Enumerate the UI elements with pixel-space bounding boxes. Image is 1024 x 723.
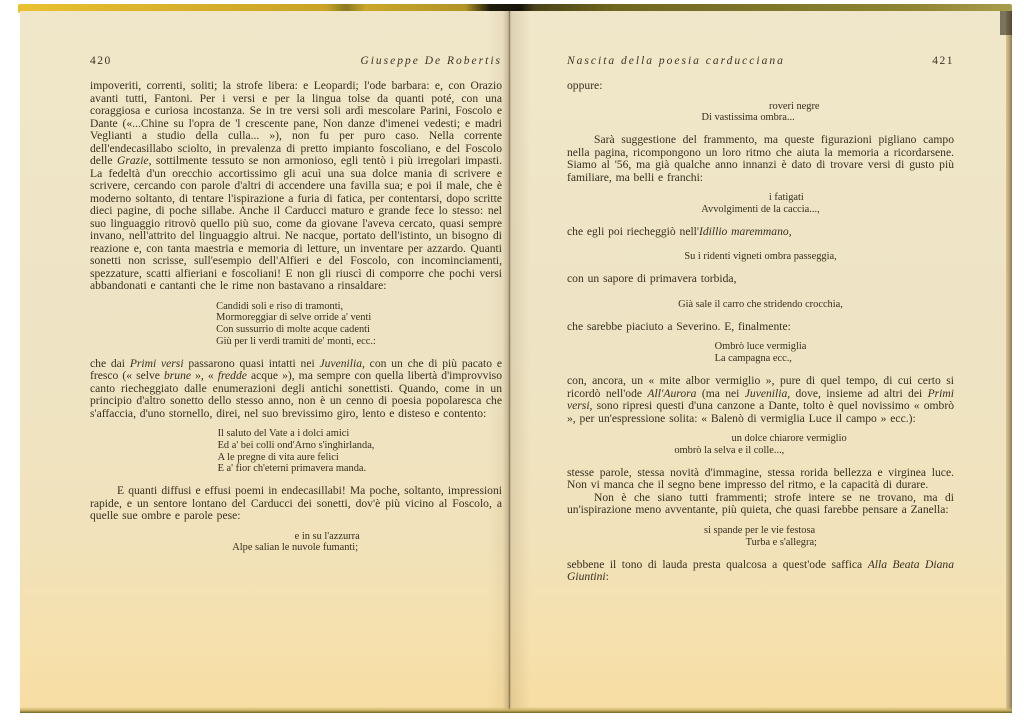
body-text: che egli poi riecheggiò nell' xyxy=(567,225,699,238)
verse-line: Alpe salian le nuvole fumanti; xyxy=(232,542,359,554)
italic-text: Juvenilia xyxy=(320,357,363,370)
verse-quote: Già sale il carro che stridendo crocchia… xyxy=(567,294,954,312)
body-text: Non è che siano tutti frammenti; strofe … xyxy=(567,491,954,517)
body-text: , dove, insieme ad altri dei xyxy=(787,387,927,400)
body-text: E quanti diffusi e effusi poemi in endec… xyxy=(90,484,502,522)
page-edge-right xyxy=(1006,11,1012,713)
paragraph: con un sapore di primavera torbida, xyxy=(567,273,954,286)
right-page: Nascita della poesia carducciana 421 opp… xyxy=(567,11,954,713)
verse-lines: Il saluto del Vate a i dolci amiciEd a' … xyxy=(218,428,375,475)
verse-quote: Su i ridenti vigneti ombra passeggia, xyxy=(567,246,954,264)
body-text: sebbene il tono di lauda presta qualcosa… xyxy=(567,558,868,571)
verse-line: Mormoreggiar di selve orride a' venti xyxy=(216,312,376,324)
verse-quote: i fatigatiAvvolgimenti de la caccia..., xyxy=(567,192,954,217)
right-page-body: oppure:roveri negreDi vastissima ombra..… xyxy=(567,80,954,584)
paragraph: stesse parole, stessa novità d'immagine,… xyxy=(567,467,954,492)
verse-line: Giù per li verdi tramiti de' monti, ecc.… xyxy=(216,336,376,348)
left-page-body: impoveriti, correnti, soliti; la strofe … xyxy=(90,80,502,555)
book-scan: 420 Giuseppe De Robertis impoveriti, cor… xyxy=(0,0,1024,723)
italic-text: brune xyxy=(164,369,191,382)
paragraph: oppure: xyxy=(567,80,954,93)
verse-lines: i fatigatiAvvolgimenti de la caccia..., xyxy=(701,192,819,215)
body-text: : xyxy=(606,570,609,583)
italic-text: Grazie xyxy=(117,154,149,167)
body-text: con un sapore di primavera torbida, xyxy=(567,272,736,285)
verse-lines: Ombrò luce vermigliaLa campagna ecc., xyxy=(715,341,807,364)
verse-line: Avvolgimenti de la caccia..., xyxy=(701,204,819,216)
verse-line: Su i ridenti vigneti ombra passeggia, xyxy=(684,251,836,263)
body-text: che sarebbe piaciuto a Severino. E, fina… xyxy=(567,320,791,333)
verse-quote: roveri negreDi vastissima ombra... xyxy=(567,101,954,126)
verse-lines: Candidi soli e riso di tramonti,Mormoreg… xyxy=(216,301,376,348)
verse-quote: un dolce chiarore vermiglioombrò la selv… xyxy=(567,433,954,458)
verse-line: La campagna ecc., xyxy=(715,353,807,365)
top-right-corner-shadow xyxy=(1000,11,1012,35)
verse-quote: Il saluto del Vate a i dolci amiciEd a' … xyxy=(90,428,502,476)
verse-line: i fatigati xyxy=(701,192,819,204)
verse-lines: roveri negreDi vastissima ombra... xyxy=(701,101,819,124)
verse-line: E a' fior ch'eterni primavera manda. xyxy=(218,463,375,475)
verse-quote: e in su l'azzurraAlpe salian le nuvole f… xyxy=(90,531,502,556)
body-text: », « xyxy=(191,369,218,382)
paragraph: con, ancora, un « mite albor vermiglio »… xyxy=(567,375,954,425)
verse-line: Ed a' bei colli ond'Arno s'inghirlanda, xyxy=(218,440,375,452)
right-running-head: Nascita della poesia carducciana xyxy=(567,55,785,67)
body-text: (ma nei xyxy=(696,387,744,400)
verse-lines: un dolce chiarore vermiglioombrò la selv… xyxy=(674,433,846,456)
verse-quote: Ombrò luce vermigliaLa campagna ecc., xyxy=(567,341,954,366)
right-page-header: Nascita della poesia carducciana 421 xyxy=(567,55,954,67)
verse-line: roveri negre xyxy=(701,101,819,113)
paragraph: Sarà suggestione del frammento, ma quest… xyxy=(567,134,954,184)
verse-line: Ombrò luce vermiglia xyxy=(715,341,807,353)
paragraph: E quanti diffusi e effusi poemi in endec… xyxy=(90,485,502,523)
paragraph: che egli poi riecheggiò nell'Idillio mar… xyxy=(567,226,954,239)
verse-line: e in su l'azzurra xyxy=(232,531,359,543)
italic-text: All'Aurora xyxy=(647,387,696,400)
body-text: passarono quasi intatti nei xyxy=(184,357,320,370)
verse-lines: si spande per le vie festosaTurba e s'al… xyxy=(704,525,817,548)
paragraph: sebbene il tono di lauda presta qualcosa… xyxy=(567,559,954,584)
left-page-number: 420 xyxy=(90,55,112,67)
verse-line: si spande per le vie festosa xyxy=(704,525,817,537)
verse-line: Il saluto del Vate a i dolci amici xyxy=(218,428,375,440)
body-text: , sottilmente tessuto se non armonioso, … xyxy=(90,154,502,292)
italic-text: Primi versi xyxy=(130,357,184,370)
verse-line: Turba e s'allegra; xyxy=(704,537,817,549)
verse-line: Di vastissima ombra... xyxy=(701,112,819,124)
verse-line: Già sale il carro che stridendo crocchia… xyxy=(678,299,843,311)
italic-text: Juvenilia xyxy=(745,387,788,400)
paragraph: Non è che siano tutti frammenti; strofe … xyxy=(567,492,954,517)
left-page-header: 420 Giuseppe De Robertis xyxy=(90,55,502,67)
italic-text: fredde xyxy=(218,369,247,382)
paragraph: che dai Primi versi passarono quasi inta… xyxy=(90,358,502,421)
verse-line: ombrò la selva e il colle..., xyxy=(674,445,846,457)
verse-lines: Su i ridenti vigneti ombra passeggia, xyxy=(684,251,836,263)
paragraph: impoveriti, correnti, soliti; la strofe … xyxy=(90,80,502,293)
verse-line: A le pregne di vita aure felici xyxy=(218,452,375,464)
verse-line: Candidi soli e riso di tramonti, xyxy=(216,301,376,313)
verse-quote: si spande per le vie festosaTurba e s'al… xyxy=(567,525,954,550)
verse-lines: Già sale il carro che stridendo crocchia… xyxy=(678,299,843,311)
body-text: Sarà suggestione del frammento, ma quest… xyxy=(567,133,954,184)
body-text: , xyxy=(789,225,792,238)
left-running-head: Giuseppe De Robertis xyxy=(360,55,502,67)
body-text: oppure: xyxy=(567,79,602,92)
body-text: stesse parole, stessa novità d'immagine,… xyxy=(567,466,954,492)
right-page-number: 421 xyxy=(932,55,954,67)
open-book-pages: 420 Giuseppe De Robertis impoveriti, cor… xyxy=(20,11,1012,713)
italic-text: Idillio maremmano xyxy=(699,225,789,238)
verse-line: un dolce chiarore vermiglio xyxy=(674,433,846,445)
paragraph: che sarebbe piaciuto a Severino. E, fina… xyxy=(567,321,954,334)
body-text: , sono ripresi questi d'una canzone a Da… xyxy=(567,399,954,425)
left-page: 420 Giuseppe De Robertis impoveriti, cor… xyxy=(90,11,502,713)
body-text: che dai xyxy=(90,357,130,370)
verse-quote: Candidi soli e riso di tramonti,Mormoreg… xyxy=(90,301,502,349)
verse-lines: e in su l'azzurraAlpe salian le nuvole f… xyxy=(232,531,359,554)
verse-line: Con sussurrio di molte acque cadenti xyxy=(216,324,376,336)
